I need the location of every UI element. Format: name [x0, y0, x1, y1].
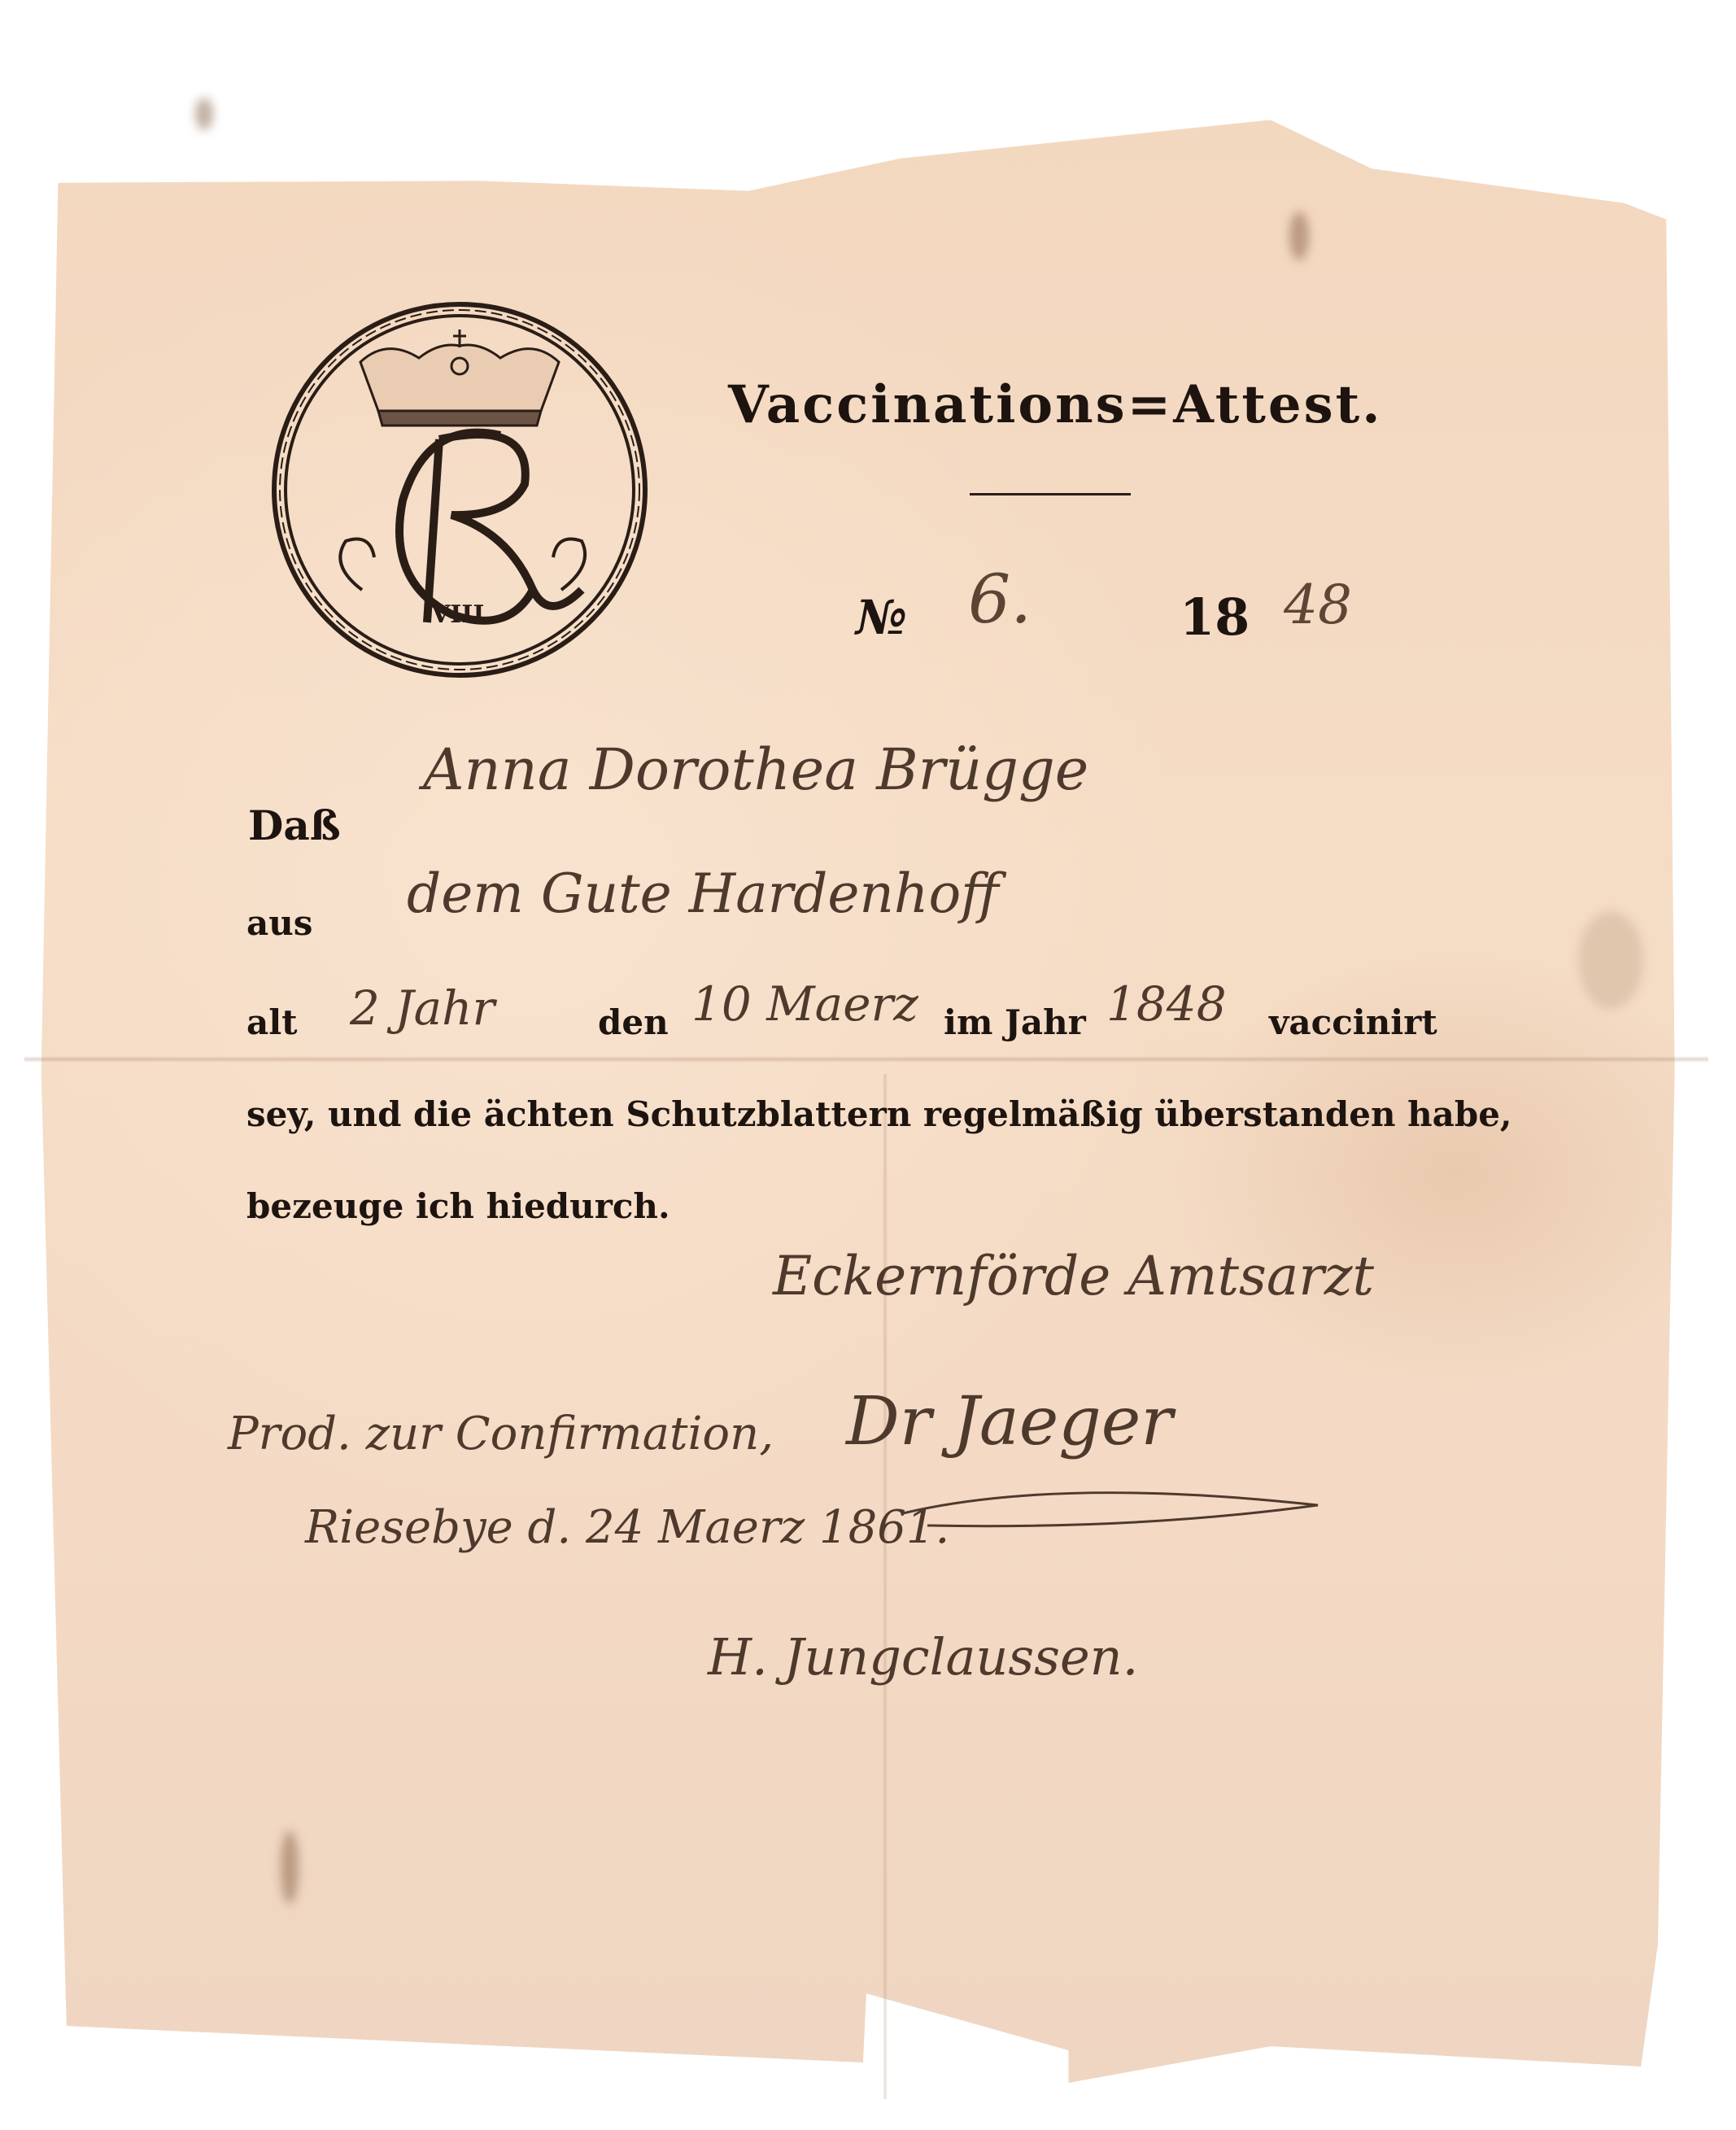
certificate-number: 6. — [968, 561, 1032, 639]
stain — [1289, 212, 1309, 260]
vaccination-year: 1848 — [1106, 976, 1227, 1032]
year-suffix-handwritten: 48 — [1284, 574, 1352, 636]
patient-name: Anna Dorothea Brügge — [423, 736, 1088, 803]
body-line-4: sey, und die ächten Schutzblattern regel… — [246, 1094, 1512, 1134]
official-name-signature: Dr Jaeger — [846, 1383, 1173, 1460]
number-label: № — [856, 590, 907, 645]
royal-monogram-seal-icon: VIII — [264, 297, 655, 679]
stain — [1578, 911, 1643, 1009]
document-title: Vaccinations=Attest. — [728, 374, 1383, 435]
confirmation-note: Prod. zur Confirmation, — [228, 1408, 774, 1460]
seal-regnal-number: VIII — [430, 600, 484, 629]
label-den: den — [598, 1002, 669, 1042]
title-divider — [970, 493, 1131, 495]
vaccination-date: 10 Maerz — [691, 976, 918, 1032]
patient-origin: dem Gute Hardenhoff — [407, 862, 999, 925]
label-vaccinirt: vaccinirt — [1269, 1002, 1437, 1042]
patient-age: 2 Jahr — [350, 980, 495, 1036]
stain — [281, 1831, 299, 1904]
crown-icon — [360, 330, 559, 426]
vertical-fold-crease — [883, 1074, 888, 2099]
place-and-date: Riesebye d. 24 Maerz 1861. — [305, 1501, 949, 1554]
year-prefix: 18 — [1180, 587, 1250, 647]
signature-flourish — [895, 1481, 1334, 1546]
stain — [195, 98, 213, 130]
pastor-signature: H. Jungclaussen. — [708, 1627, 1138, 1687]
official-place-signature: Eckernförde Amtsarzt — [773, 1245, 1374, 1307]
label-dass: Daß — [248, 801, 341, 849]
horizontal-fold-crease — [24, 1056, 1708, 1063]
label-aus: aus — [246, 903, 312, 943]
label-alt: alt — [246, 1002, 298, 1042]
label-im-jahr: im Jahr — [944, 1002, 1086, 1042]
body-line-5: bezeuge ich hiedurch. — [246, 1186, 670, 1226]
